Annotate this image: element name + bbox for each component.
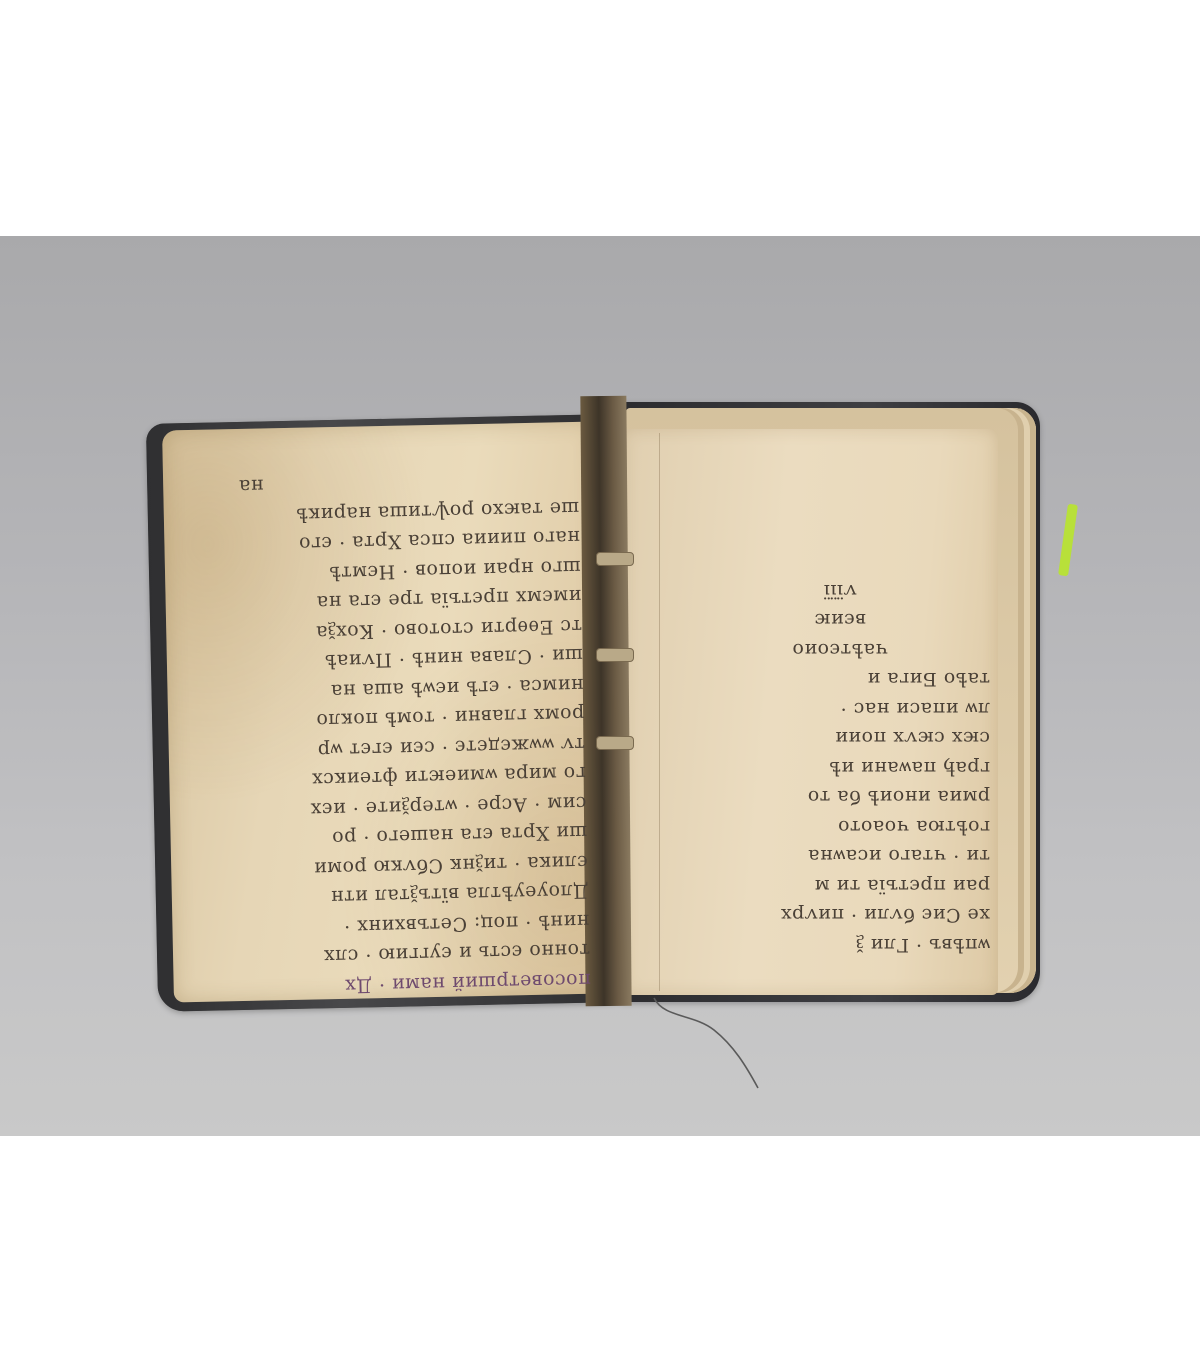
text-line: хе Сиє бѵли · пиѵрх (690, 900, 990, 930)
text-line: вєиѥ (690, 605, 990, 635)
text-line: чаѣтєоио (690, 635, 990, 665)
green-bookmark-tab (1058, 504, 1078, 577)
right-page-handwriting: ѡпѣвъ · Гли ѯ хе Сиє бѵли · пиѵрх раи пр… (690, 629, 990, 959)
binding-stitch (596, 648, 634, 662)
text-line: гоѣтюа чоаото (690, 812, 990, 842)
text-line: таѣо Бига и (690, 664, 990, 694)
binding-stitch (596, 736, 634, 750)
loose-thread-icon (650, 996, 770, 1096)
text-line: ѡпѣвъ · Гли ѯ (690, 930, 990, 960)
left-page-handwriting: посоветрший нами · Дх тонно єсть и єугги… (239, 494, 591, 1002)
text-line: сѥх сѥѵх поии (690, 723, 990, 753)
text-line: рмиа иноиѣ ба то (690, 782, 990, 812)
text-line: грађ паѡани иѣ (690, 753, 990, 783)
text-line: ти · чтаго исаѡна (690, 841, 990, 871)
binding-stitch (596, 552, 634, 566)
text-line: ѵїїї (690, 576, 990, 606)
book-photograph: посоветрший нами · Дх тонно єсть и єугги… (0, 236, 1200, 1136)
text-line: раи прєтъїа ти м (690, 871, 990, 901)
text-line: лѡ ипаси нас · (690, 694, 990, 724)
